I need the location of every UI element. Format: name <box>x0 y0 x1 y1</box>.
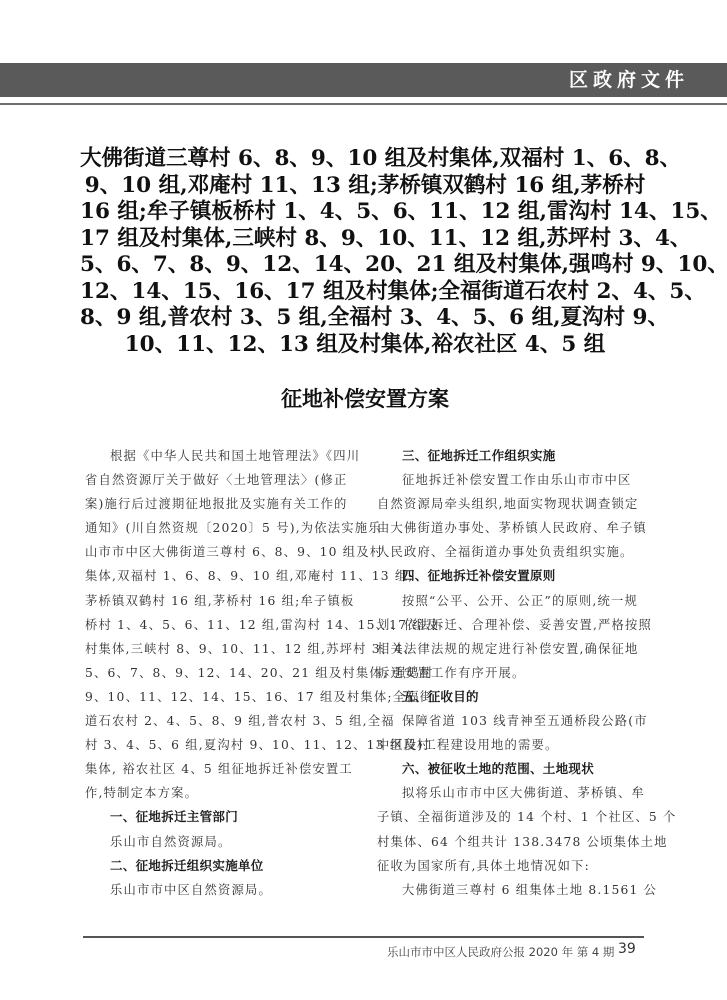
paragraph-line: 拟将乐山市市中区大佛街道、茅桥镇、牟 <box>377 781 645 805</box>
paragraph-line: 相关法律法规的规定进行补偿安置,确保征地 <box>377 637 645 661</box>
paragraph-line: 村 3、4、5、6 组,夏沟村 9、10、11、12、13 组及村 <box>85 733 353 757</box>
section-heading: 二、征地拆迁组织实施单位 <box>85 854 353 878</box>
title-line: 10、11、12、13 组及村集体,裕农社区 4、5 组 <box>80 332 650 359</box>
paragraph-line: 茅桥镇双鹤村 16 组,茅桥村 16 组;牟子镇板 <box>85 589 353 613</box>
paragraph-line: 大佛街道三尊村 6 组集体土地 8.1561 公 <box>377 878 645 902</box>
paragraph-line: 案)施行后过渡期征地报批及实施有关工作的 <box>85 492 353 516</box>
section-heading: 四、征地拆迁补偿安置原则 <box>377 564 645 588</box>
title-line: 17 组及村集体,三峡村 8、9、10、11、12 组,苏坪村 3、4、 <box>80 226 650 253</box>
paragraph-line: 5、6、7、8、9、12、14、20、21 组及村集体, 强鸣村 <box>85 661 353 685</box>
title-line: 16 组;牟子镇板桥村 1、4、5、6、11、12 组,雷沟村 14、15、 <box>80 199 650 226</box>
paragraph-line: 山市市中区大佛街道三尊村 6、8、9、10 组及村 <box>85 540 353 564</box>
paragraph-line: 道石农村 2、4、5、8、9 组,普农村 3、5 组,全福 <box>85 709 353 733</box>
paragraph-line: 省自然资源厅关于做好〈土地管理法〉(修正 <box>85 468 353 492</box>
paragraph-line: 乐山市市中区自然资源局。 <box>85 878 353 902</box>
page-number: 39 <box>618 941 636 957</box>
paragraph-line: 人民政府、全福街道办事处负责组织实施。 <box>377 540 645 564</box>
header-divider <box>0 103 727 105</box>
paragraph-line: 乐山市自然资源局。 <box>85 830 353 854</box>
paragraph-line: 征地拆迁补偿安置工作由乐山市市中区 <box>377 468 645 492</box>
paragraph-line: 9、10、11、12、14、15、16、17 组及村集体;全福街 <box>85 685 353 709</box>
title-line: 12、14、15、16、17 组及村集体;全福街道石农村 2、4、5、 <box>80 279 650 306</box>
left-column: 根据《中华人民共和国土地管理法》《四川省自然资源厅关于做好〈土地管理法〉(修正案… <box>85 444 353 902</box>
paragraph-line: 自然资源局牵头组织,地面实物现状调查锁定 <box>377 492 645 516</box>
paragraph-line: 村集体,三峡村 8、9、10、11、12 组,苏坪村 3、4、 <box>85 637 353 661</box>
paragraph-line: 根据《中华人民共和国土地管理法》《四川 <box>85 444 353 468</box>
right-column: 三、征地拆迁工作组织实施征地拆迁补偿安置工作由乐山市市中区自然资源局牵头组织,地… <box>377 444 645 902</box>
paragraph-line: 子镇、全福街道涉及的 14 个村、1 个社区、5 个 <box>377 805 645 829</box>
paragraph-line: 由大佛街道办事处、茅桥镇人民政府、牟子镇 <box>377 516 645 540</box>
section-heading: 一、征地拆迁主管部门 <box>85 805 353 829</box>
paragraph-line: 村集体、64 个组共计 138.3478 公顷集体土地 <box>377 830 645 854</box>
paragraph-line: 拆迁安置工作有序开展。 <box>377 661 645 685</box>
paragraph-line: 桥村 1、4、5、6、11、12 组,雷沟村 14、15、17 组及 <box>85 613 353 637</box>
document-title: 大佛街道三尊村 6、8、9、10 组及村集体,双福村 1、6、8、 9、10 组… <box>80 146 650 358</box>
footer-divider <box>83 936 644 938</box>
paragraph-line: 中区段)工程建设用地的需要。 <box>377 733 645 757</box>
title-line: 9、10 组,邓庵村 11、13 组;茅桥镇双鹤村 16 组,茅桥村 <box>80 173 650 200</box>
title-line: 大佛街道三尊村 6、8、9、10 组及村集体,双福村 1、6、8、 <box>80 146 650 173</box>
document-subtitle: 征地补偿安置方案 <box>80 386 650 412</box>
paragraph-line: 集体, 裕农社区 4、5 组征地拆迁补偿安置工 <box>85 757 353 781</box>
title-line: 5、6、7、8、9、12、14、20、21 组及村集体,强鸣村 9、10、11、 <box>80 252 650 279</box>
section-label: 区政府文件 <box>569 63 689 97</box>
paragraph-line: 按照“公平、公开、公正”的原则,统一规 <box>377 589 645 613</box>
paragraph-line: 划、依法拆迁、合理补偿、妥善安置,严格按照 <box>377 613 645 637</box>
section-header-bar: 区政府文件 <box>0 63 727 97</box>
section-heading: 三、征地拆迁工作组织实施 <box>377 444 645 468</box>
paragraph-line: 集体,双福村 1、6、8、9、10 组,邓庵村 11、13 组; <box>85 564 353 588</box>
paragraph-line: 作,特制定本方案。 <box>85 781 353 805</box>
paragraph-line: 征收为国家所有,具体土地情况如下: <box>377 854 645 878</box>
section-heading: 五、征收目的 <box>377 685 645 709</box>
section-heading: 六、被征收土地的范围、土地现状 <box>377 757 645 781</box>
title-line: 8、9 组,普农村 3、5 组,全福村 3、4、5、6 组,夏沟村 9、 <box>80 305 650 332</box>
paragraph-line: 通知》(川自然资规〔2020〕5 号),为依法实施乐 <box>85 516 353 540</box>
footer-publication: 乐山市市中区人民政府公报 2020 年 第 4 期 <box>387 944 614 960</box>
paragraph-line: 保障省道 103 线青神至五通桥段公路(市 <box>377 709 645 733</box>
